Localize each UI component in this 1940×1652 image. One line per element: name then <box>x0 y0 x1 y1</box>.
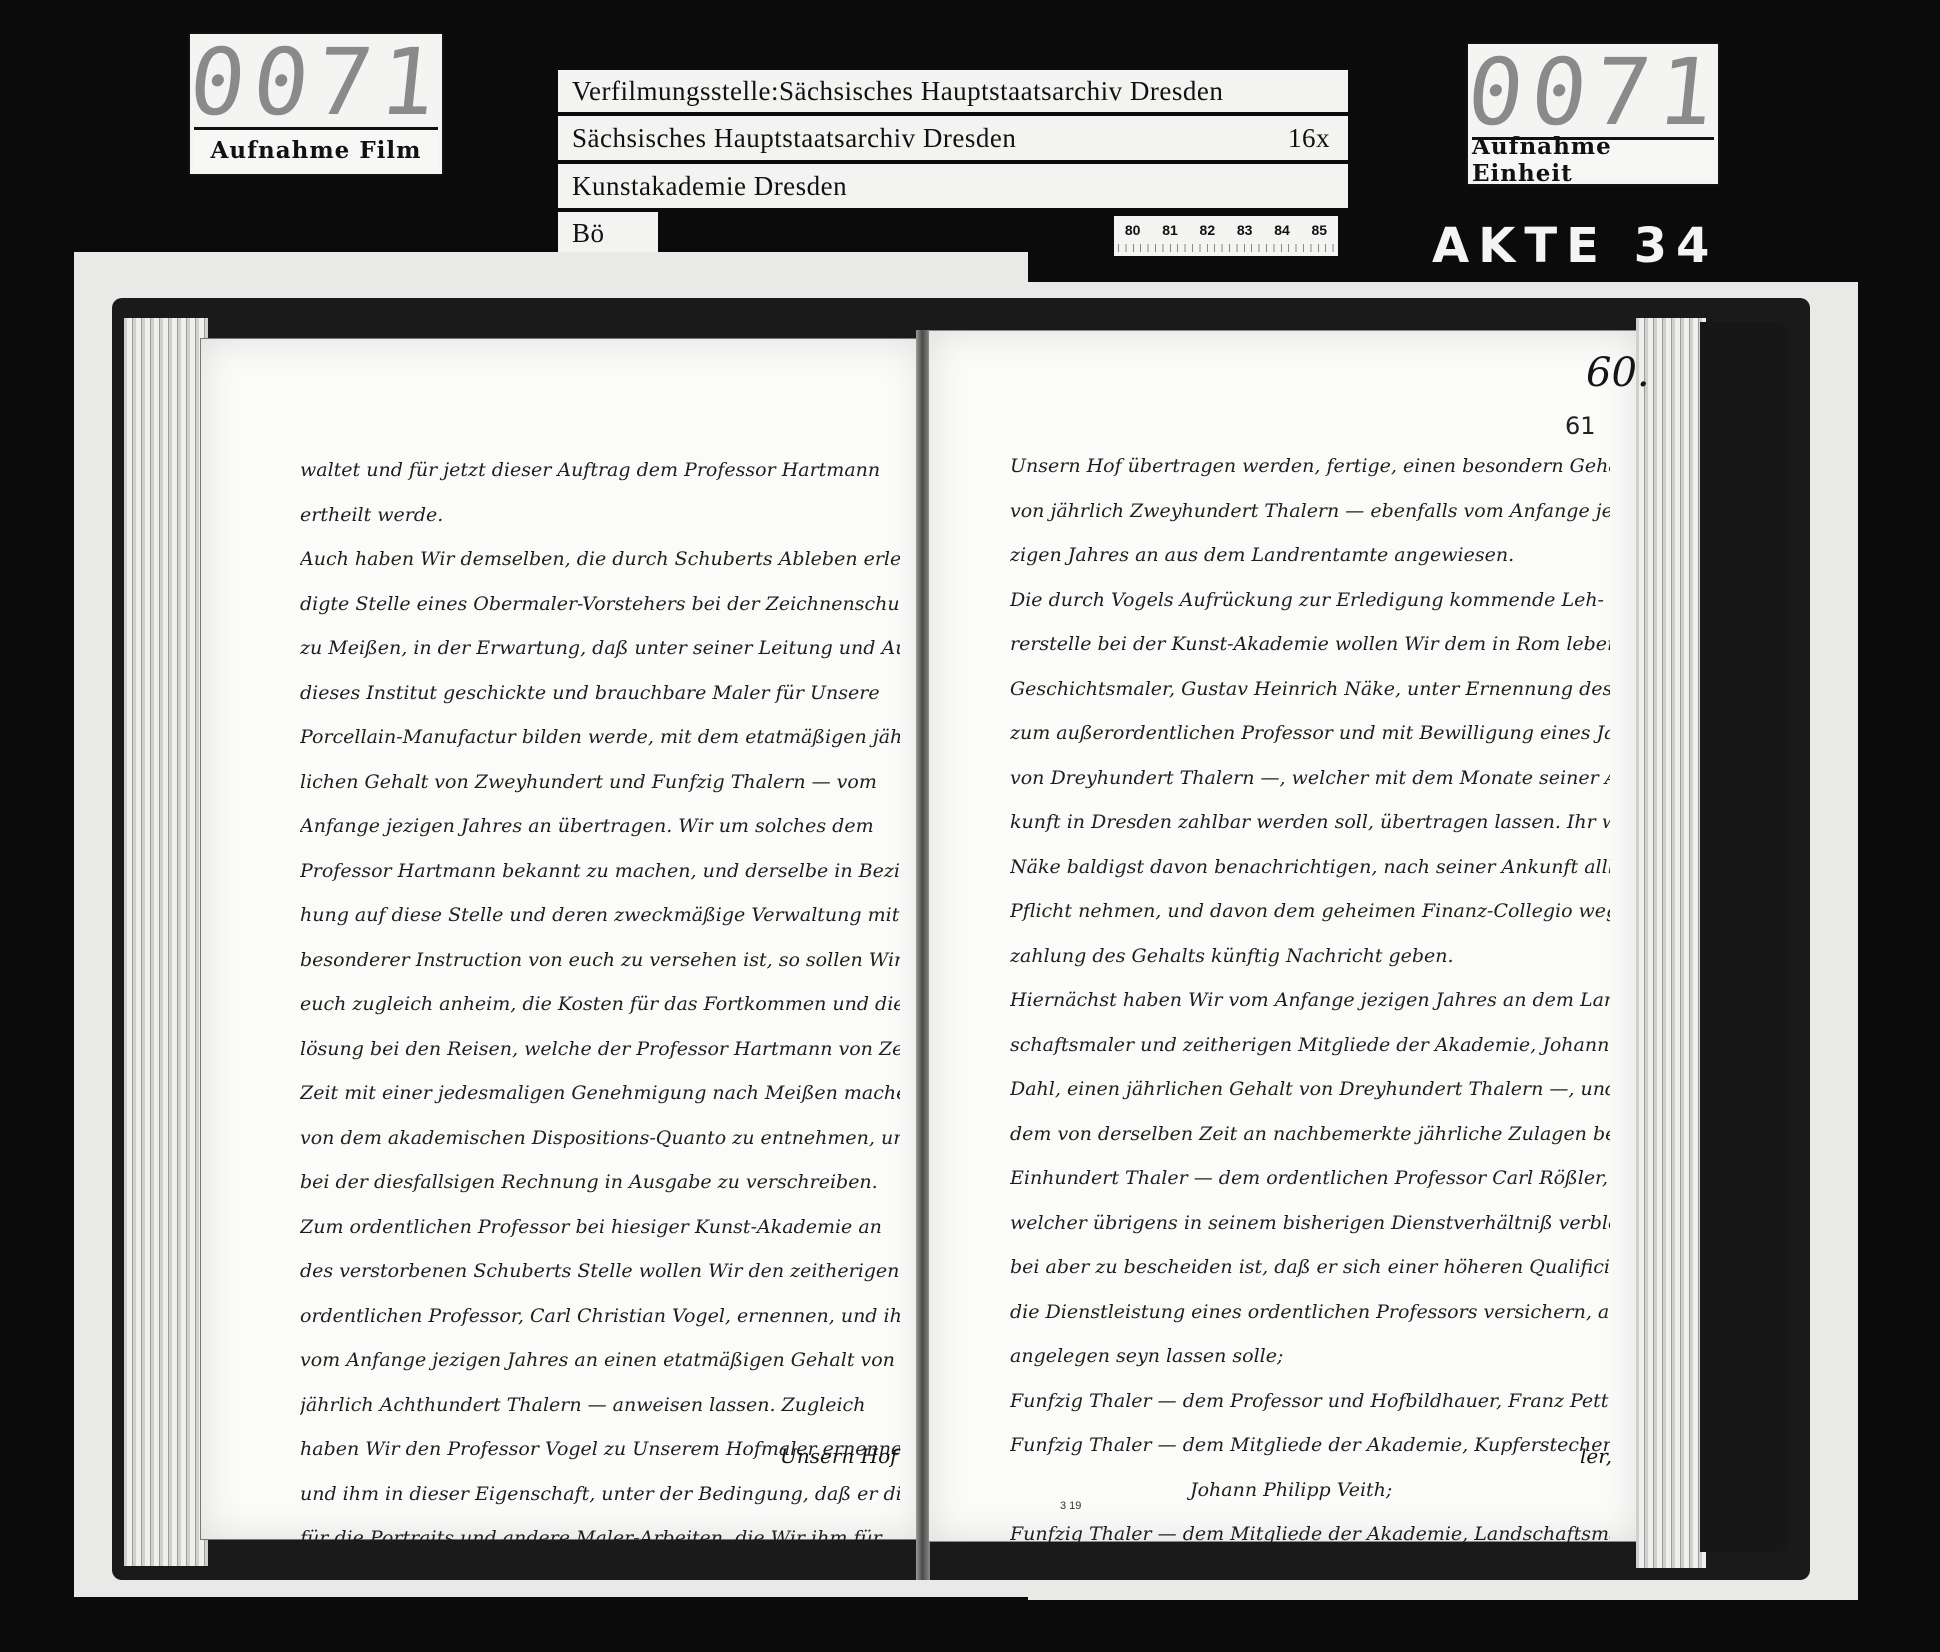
text-line: Die durch Vogels Aufrückung zur Erledigu… <box>1010 578 1610 623</box>
text-line: jährlich Achthundert Thalern — anweisen … <box>300 1383 900 1428</box>
collection-text: Kunstakademie Dresden <box>572 171 847 202</box>
text-line: dieses Institut geschickte und brauchbar… <box>300 671 900 716</box>
text-line: des verstorbenen Schuberts Stelle wollen… <box>300 1249 900 1294</box>
text-line: Porcellain-Manufactur bilden werde, mit … <box>300 715 900 760</box>
right-page-text: Unsern Hof übertragen werden, fertige, e… <box>1010 444 1610 1557</box>
left-page-catchword: Unsern Hof <box>780 1444 898 1468</box>
text-line: zum außerordentlichen Professor und mit … <box>1010 711 1610 756</box>
film-counter-digits: 0071 <box>185 34 447 130</box>
right-page-catchword: ler, <box>1580 1444 1612 1468</box>
unit-frame-counter: 0071 Aufnahme Einheit <box>1466 42 1720 186</box>
film-counter-label: Aufnahme Film <box>194 127 438 170</box>
info-row-archive: Sächsisches Hauptstaatsarchiv Dresden 16… <box>558 116 1348 160</box>
text-line: Funfzig Thaler — dem Professor und Hofbi… <box>1010 1379 1610 1424</box>
ruler-tick: 84 <box>1274 222 1290 238</box>
left-page-edges <box>124 318 208 1566</box>
text-line: von Dreyhundert Thalern —, welcher mit d… <box>1010 756 1610 801</box>
text-line: bei der diesfallsigen Rechnung in Ausgab… <box>300 1160 900 1205</box>
info-row-collection: Kunstakademie Dresden <box>558 164 1348 208</box>
text-line: kunft in Dresden zahlbar werden soll, üb… <box>1010 800 1610 845</box>
ruler-tick: 82 <box>1200 222 1216 238</box>
reduction-ratio: 16x <box>1288 123 1348 154</box>
file-number-label: AKTE 34 <box>1432 218 1718 274</box>
left-page-text: waltet und für jetzt dieser Auftrag dem … <box>300 448 900 1561</box>
text-line: Zeit mit einer jedesmaligen Genehmigung … <box>300 1071 900 1116</box>
text-line: digte Stelle eines Obermaler-Vorstehers … <box>300 582 900 627</box>
text-line: Zum ordentlichen Professor bei hiesiger … <box>300 1205 900 1250</box>
text-line: besonderer Instruction von euch zu verse… <box>300 938 900 983</box>
text-line: vom Anfange jezigen Jahres an einen etat… <box>300 1338 900 1383</box>
text-line: Funfzig Thaler — dem Mitgliede der Akade… <box>1010 1512 1610 1557</box>
text-line: euch zugleich anheim, die Kosten für das… <box>300 982 900 1027</box>
unit-counter-label: Aufnahme Einheit <box>1472 137 1714 180</box>
text-line: zahlung des Gehalts künftig Nachricht ge… <box>1010 934 1610 979</box>
text-line: Pflicht nehmen, und davon dem geheimen F… <box>1010 889 1610 934</box>
text-line: zigen Jahres an aus dem Landrentamte ang… <box>1010 533 1610 578</box>
text-line: angelegen seyn lassen solle; <box>1010 1334 1610 1379</box>
text-line: Hiernächst haben Wir vom Anfange jezigen… <box>1010 978 1610 1023</box>
info-row-filming-office: Verfilmungsstelle:Sächsisches Hauptstaat… <box>558 70 1348 112</box>
right-page-edges <box>1636 318 1706 1568</box>
operator-initials: Bö <box>572 218 605 249</box>
scale-ruler: 80 81 82 83 84 85 <box>1114 216 1338 256</box>
text-line: waltet und für jetzt dieser Auftrag dem … <box>300 448 900 493</box>
info-row-operator: Bö <box>558 212 658 254</box>
text-line: rerstelle bei der Kunst-Akademie wollen … <box>1010 622 1610 667</box>
text-line: Auch haben Wir demselben, die durch Schu… <box>300 537 900 582</box>
text-line: hung auf diese Stelle und deren zweckmäß… <box>300 893 900 938</box>
text-line: Unsern Hof übertragen werden, fertige, e… <box>1010 444 1610 489</box>
folio-number-stamped: 61 <box>1565 412 1596 440</box>
ruler-tick: 85 <box>1312 222 1328 238</box>
gutter-mark: 3 19 <box>1060 1500 1081 1512</box>
text-line: Anfange jezigen Jahres an übertragen. Wi… <box>300 804 900 849</box>
text-line: die Dienstleistung eines ordentlichen Pr… <box>1010 1290 1610 1335</box>
text-line: welcher übrigens in seinem bisherigen Di… <box>1010 1201 1610 1246</box>
text-line: für die Portraits und andere Maler-Arbei… <box>300 1516 900 1561</box>
text-line: ordentlichen Professor, Carl Christian V… <box>300 1294 900 1339</box>
archive-text: Sächsisches Hauptstaatsarchiv Dresden <box>572 123 1016 154</box>
text-line: Funfzig Thaler — dem Mitgliede der Akade… <box>1010 1423 1610 1468</box>
right-binding <box>1700 322 1788 1552</box>
text-line: von dem akademischen Dispositions-Quanto… <box>300 1116 900 1161</box>
text-line: Näke baldigst davon benachrichtigen, nac… <box>1010 845 1610 890</box>
ruler-tick: 80 <box>1125 222 1141 238</box>
text-line: bei aber zu bescheiden ist, daß er sich … <box>1010 1245 1610 1290</box>
ruler-tick: 83 <box>1237 222 1253 238</box>
film-frame-counter: 0071 Aufnahme Film <box>188 32 444 176</box>
text-line: und ihm in dieser Eigenschaft, unter der… <box>300 1472 900 1517</box>
unit-counter-digits: 0071 <box>1463 44 1723 140</box>
text-line: lichen Gehalt von Zweyhundert und Funfzi… <box>300 760 900 805</box>
text-line: zu Meißen, in der Erwartung, daß unter s… <box>300 626 900 671</box>
text-line: schaftsmaler und zeitherigen Mitgliede d… <box>1010 1023 1610 1068</box>
text-line: lösung bei den Reisen, welche der Profes… <box>300 1027 900 1072</box>
filming-office-text: Verfilmungsstelle:Sächsisches Hauptstaat… <box>572 76 1223 107</box>
text-line: Geschichtsmaler, Gustav Heinrich Näke, u… <box>1010 667 1610 712</box>
text-line: ertheilt werde. <box>300 493 900 538</box>
text-line: Professor Hartmann bekannt zu machen, un… <box>300 849 900 894</box>
ruler-tick: 81 <box>1162 222 1178 238</box>
text-line: Johann Philipp Veith; <box>1010 1468 1610 1513</box>
text-line: dem von derselben Zeit an nachbemerkte j… <box>1010 1112 1610 1157</box>
text-line: Dahl, einen jährlichen Gehalt von Dreyhu… <box>1010 1067 1610 1112</box>
folio-number-handwritten: 60. <box>1586 350 1650 396</box>
text-line: von jährlich Zweyhundert Thalern — ebenf… <box>1010 489 1610 534</box>
text-line: Einhundert Thaler — dem ordentlichen Pro… <box>1010 1156 1610 1201</box>
